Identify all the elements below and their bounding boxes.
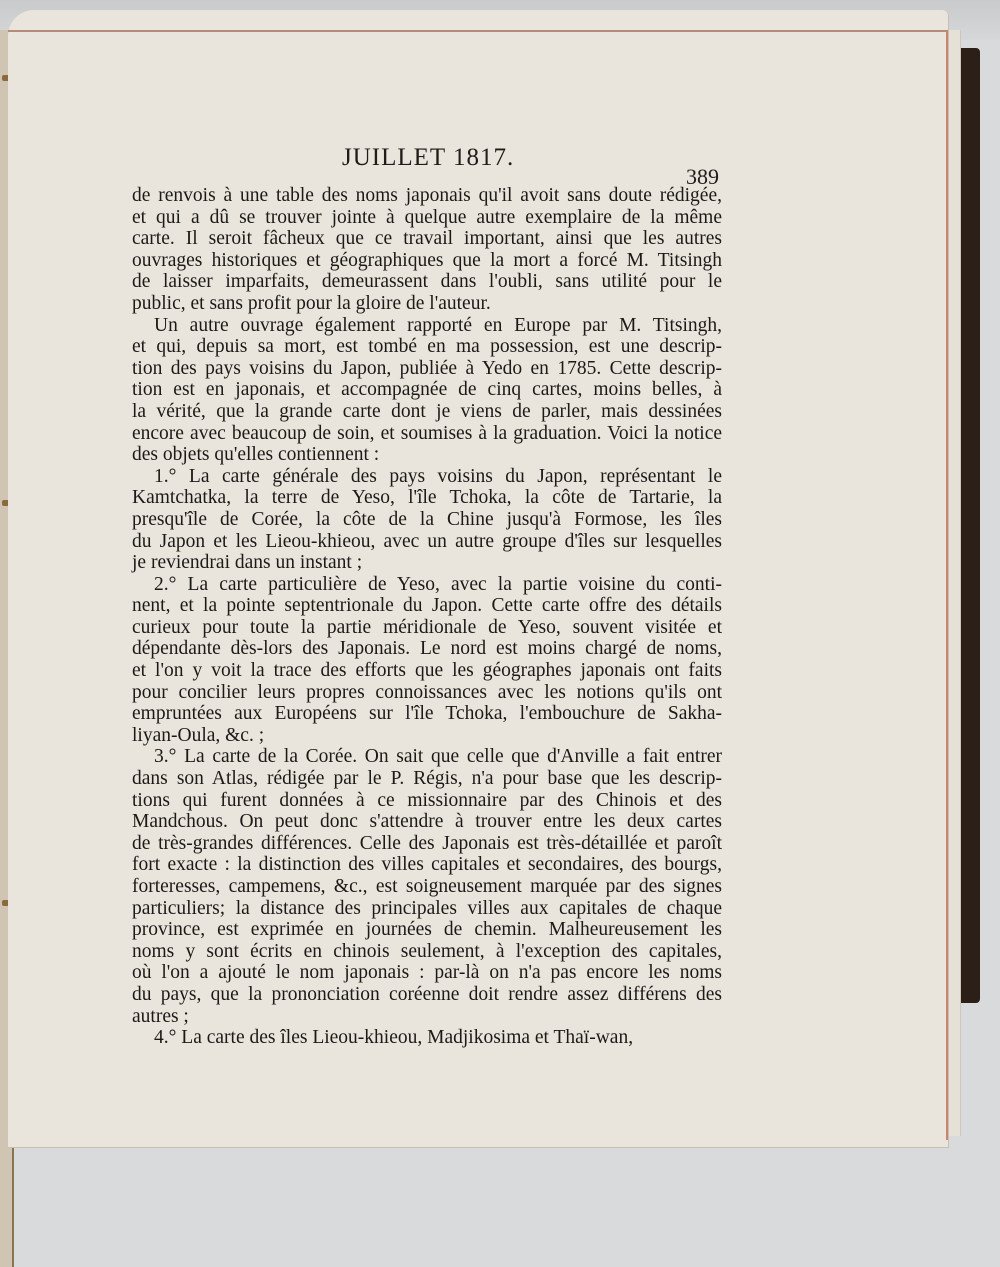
text-line: presqu'île de Corée, la côte de la Chine… <box>132 509 722 531</box>
text-line: carte. Il seroit fâcheux que ce travail … <box>132 228 722 250</box>
text-line: curieux pour toute la partie méridionale… <box>132 617 722 639</box>
text-line: Mandchous. On peut donc s'attendre à tro… <box>132 811 722 833</box>
text-line: la vérité, que la grande carte dont je v… <box>132 401 722 423</box>
text-line: et qui a dû se trouver jointe à quelque … <box>132 207 722 229</box>
text-line: dans son Atlas, rédigée par le P. Régis,… <box>132 768 722 790</box>
text-line: 2.° La carte particulière de Yeso, avec … <box>132 574 722 596</box>
text-line: ouvrages historiques et géographiques qu… <box>132 250 722 272</box>
text-line: je reviendrai dans un instant ; <box>132 552 722 574</box>
text-line: tion des pays voisins du Japon, publiée … <box>132 358 722 380</box>
text-line: autres ; <box>132 1006 722 1028</box>
book-cover-edge <box>958 48 980 1003</box>
text-line: des objets qu'elles contiennent : <box>132 444 722 466</box>
text-line: encore avec beaucoup de soin, et soumise… <box>132 423 722 445</box>
text-line: liyan-Oula, &c. ; <box>132 725 722 747</box>
text-line: 1.° La carte générale des pays voisins d… <box>132 466 722 488</box>
text-line: 4.° La carte des îles Lieou-khieou, Madj… <box>132 1027 722 1049</box>
text-line: du pays, que la prononciation coréenne d… <box>132 984 722 1006</box>
paragraph: Un autre ouvrage également rapporté en E… <box>132 315 722 466</box>
page-header: JUILLET 1817. 389 <box>120 144 740 174</box>
list-item-paragraph: 4.° La carte des îles Lieou-khieou, Madj… <box>132 1027 722 1049</box>
text-line: dépendante dès-lors des Japonais. Le nor… <box>132 638 722 660</box>
text-line: fort exacte : la distinction des villes … <box>132 854 722 876</box>
text-line: Un autre ouvrage également rapporté en E… <box>132 315 722 337</box>
running-title: JUILLET 1817. <box>342 144 514 172</box>
text-line: province, est exprimée en journées de ch… <box>132 919 722 941</box>
text-line: du Japon et les Lieou-khieou, avec un au… <box>132 531 722 553</box>
text-line: de très-grandes différences. Celle des J… <box>132 833 722 855</box>
text-line: de renvois à une table des noms japonais… <box>132 185 722 207</box>
text-line: forteresses, campemens, &c., est soigneu… <box>132 876 722 898</box>
list-item-paragraph: 3.° La carte de la Corée. On sait que ce… <box>132 746 722 1027</box>
text-line: où l'on a ajouté le nom japonais : par-l… <box>132 962 722 984</box>
text-line: et qui, depuis sa mort, est tombé en ma … <box>132 336 722 358</box>
text-line: noms y sont écrits en chinois seulement,… <box>132 941 722 963</box>
text-line: public, et sans profit pour la gloire de… <box>132 293 722 315</box>
text-line: tion est en japonais, et accompagnée de … <box>132 379 722 401</box>
body-text: de renvois à une table des noms japonais… <box>132 185 722 1049</box>
paragraph: de renvois à une table des noms japonais… <box>132 185 722 315</box>
text-line: tions qui furent données à ce missionnai… <box>132 790 722 812</box>
text-line: nent, et la pointe septentrionale du Jap… <box>132 595 722 617</box>
text-line: Kamtchatka, la terre de Yeso, l'île Tcho… <box>132 487 722 509</box>
text-line: 3.° La carte de la Corée. On sait que ce… <box>132 746 722 768</box>
text-line: pour concilier leurs propres connoissanc… <box>132 682 722 704</box>
text-line: empruntées aux Européens sur l'île Tchok… <box>132 703 722 725</box>
list-item-paragraph: 1.° La carte générale des pays voisins d… <box>132 466 722 574</box>
text-line: de laisser imparfaits, demeurassent dans… <box>132 271 722 293</box>
text-line: et l'on y voit la trace des efforts que … <box>132 660 722 682</box>
text-line: particuliers; la distance des principale… <box>132 898 722 920</box>
list-item-paragraph: 2.° La carte particulière de Yeso, avec … <box>132 574 722 747</box>
